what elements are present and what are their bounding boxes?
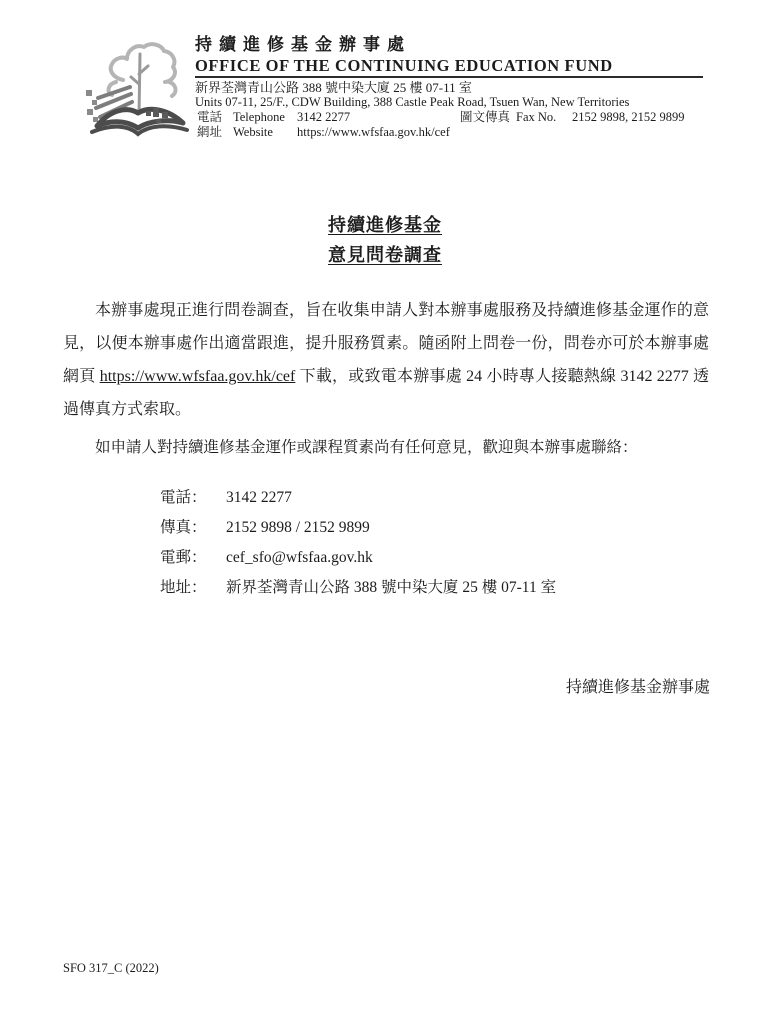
letterhead-divider — [195, 76, 703, 78]
letterhead: 持續進修基金辦事處 OFFICE OF THE CONTINUING EDUCA… — [195, 33, 707, 141]
phone-label-en: Telephone — [233, 110, 285, 126]
header-website-row: 網址 Website https://www.wfsfaa.gov.hk/cef — [195, 125, 707, 141]
fax-label-en: Fax No. — [516, 110, 556, 126]
contact-row-phone: 電話： 3142 2277 — [160, 488, 556, 518]
website-label-zh: 網址 — [197, 125, 222, 141]
cef-webpage-link[interactable]: https://www.wfsfaa.gov.hk/cef — [100, 368, 296, 385]
document-page: 持續進修基金辦事處 OFFICE OF THE CONTINUING EDUCA… — [0, 0, 770, 1024]
contact-address-value: 新界荃灣青山公路 388 號中染大廈 25 樓 07-11 室 — [226, 578, 556, 598]
title-line-2: 意見問卷調查 — [328, 245, 442, 265]
phone-label-zh: 電話 — [197, 110, 222, 126]
contact-details-list: 電話： 3142 2277 傳真： 2152 9898 / 2152 9899 … — [160, 488, 556, 608]
cef-logo-icon — [86, 40, 192, 138]
title-line-1: 持續進修基金 — [328, 215, 442, 235]
contact-fax-value: 2152 9898 / 2152 9899 — [226, 518, 370, 538]
phone-number: 3142 2277 — [297, 110, 350, 126]
contact-phone-value: 3142 2277 — [226, 488, 292, 508]
fax-label-zh: 圖文傳真 — [460, 110, 510, 126]
website-url-link[interactable]: https://www.wfsfaa.gov.hk/cef — [297, 125, 450, 141]
contact-fax-label: 傳真： — [160, 518, 226, 538]
document-title: 持續進修基金 意見問卷調查 — [0, 210, 770, 270]
contact-row-email: 電郵： cef_sfo@wfsfaa.gov.hk — [160, 548, 556, 578]
header-address-en: Units 07-11, 25/F., CDW Building, 388 Ca… — [195, 95, 707, 110]
body-paragraph-2: 如申請人對持續進修基金運作或課程質素尚有任何意見，歡迎與本辦事處聯絡： — [63, 437, 709, 459]
org-name-en: OFFICE OF THE CONTINUING EDUCATION FUND — [195, 56, 707, 75]
contact-phone-label: 電話： — [160, 488, 226, 508]
header-address-zh: 新界荃灣青山公路 388 號中染大廈 25 樓 07-11 室 — [195, 80, 707, 95]
contact-address-label: 地址： — [160, 578, 226, 598]
body-paragraph-1: 本辦事處現正進行問卷調查，旨在收集申請人對本辦事處服務及持續進修基金運作的意見，… — [63, 294, 709, 426]
signature-office-name: 持續進修基金辦事處 — [566, 674, 710, 697]
contact-row-address: 地址： 新界荃灣青山公路 388 號中染大廈 25 樓 07-11 室 — [160, 578, 556, 608]
website-label-en: Website — [233, 125, 273, 141]
form-code: SFO 317_C (2022) — [63, 961, 159, 976]
org-name-zh: 持續進修基金辦事處 — [195, 33, 707, 56]
contact-row-fax: 傳真： 2152 9898 / 2152 9899 — [160, 518, 556, 548]
contact-email-value[interactable]: cef_sfo@wfsfaa.gov.hk — [226, 548, 373, 568]
fax-numbers: 2152 9898, 2152 9899 — [572, 110, 685, 126]
contact-email-label: 電郵： — [160, 548, 226, 568]
header-phone-fax-row: 電話 Telephone 3142 2277 圖文傳真 Fax No. 2152… — [195, 110, 707, 126]
